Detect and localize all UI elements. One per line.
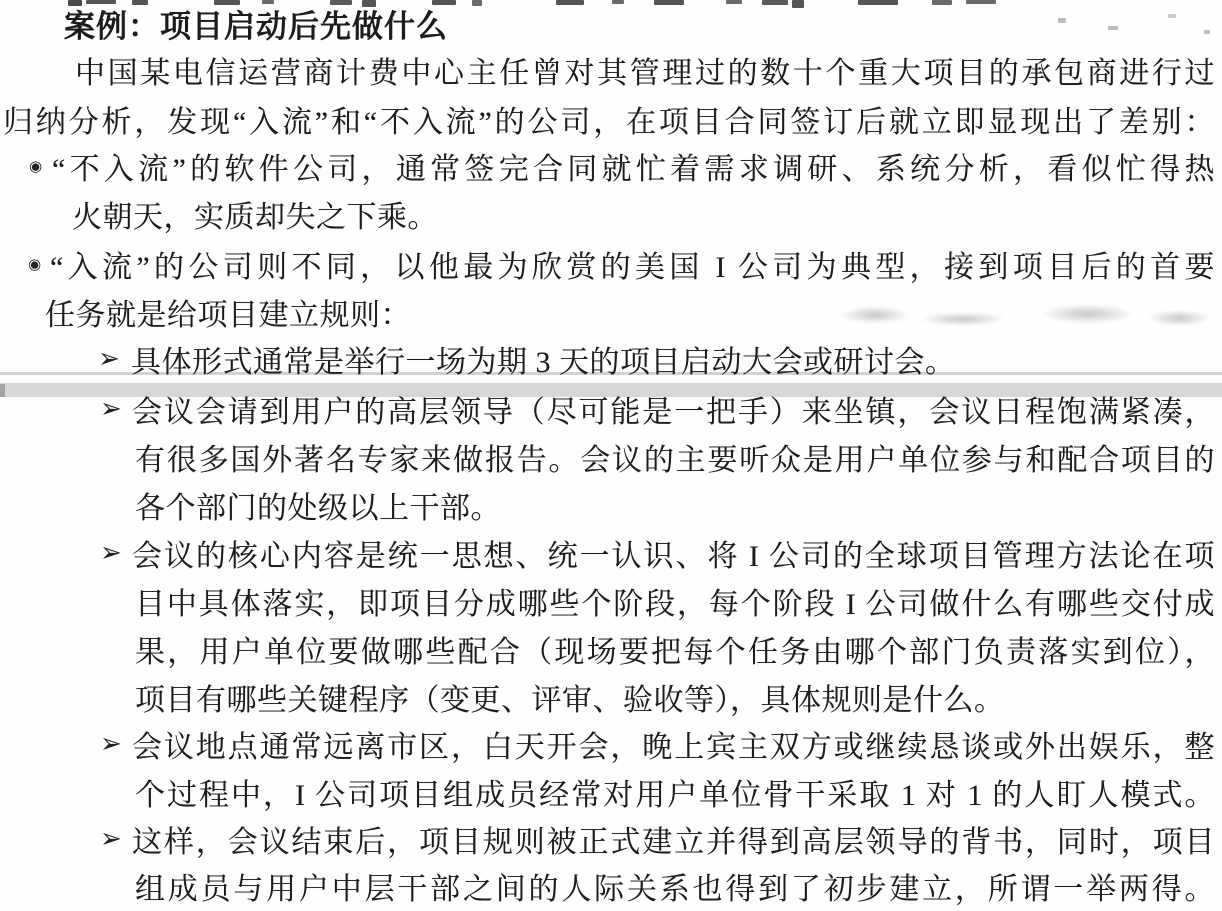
bullet-icon: ◉ [29, 160, 42, 175]
intro-line: 归纳分析，发现“入流”和“不入流”的公司，在项目合同签订后就立即显现出了差别： [3, 104, 1215, 142]
bullet-item-line: “不入流”的软件公司，通常签完合同就忙着需求调研、系统分析，看似忙得热 [52, 151, 1215, 189]
scan-artifact [68, 0, 82, 6]
scan-smudge [1148, 310, 1210, 326]
arrow-icon: ➢ [100, 539, 122, 566]
scan-artifact [262, 0, 274, 4]
page-title: 案例：项目启动后先做什么 [64, 8, 448, 46]
scan-artifact [472, 0, 482, 6]
scan-smudge [1040, 304, 1135, 324]
arrow-item-line: 会议会请到用户的高层领导（尽可能是一把手）来坐镇，会议日程饱满紧凑， [132, 394, 1215, 432]
scan-artifact [86, 0, 116, 4]
arrow-item-line: 具体形式通常是举行一场为期 3 天的项目启动大会或研讨会。 [131, 344, 956, 382]
scan-artifact [792, 0, 804, 8]
arrow-item-line: 有很多国外著名专家来做报告。会议的主要听众是用户单位参与和配合项目的 [135, 442, 1215, 480]
arrow-item-line: 会议地点通常远离市区，白天开会，晚上宾主双方或继续恳谈或外出娱乐，整 [132, 729, 1215, 767]
arrow-item-line: 各个部门的处级以上干部。 [135, 490, 501, 528]
scan-band-edge [0, 384, 5, 397]
arrow-item-line: 果，用户单位要做哪些配合（现场要把每个任务由哪个部门负责落实到位）， [135, 634, 1215, 672]
scanned-document-page: 案例：项目启动后先做什么 中国某电信运营商计费中心主任曾对其管理过的数十个重大项… [0, 0, 1222, 911]
scan-artifact [726, 0, 742, 4]
bullet-item-line: “入流”的公司则不同，以他最为欣赏的美国 I 公司为典型，接到项目后的首要 [50, 249, 1215, 287]
scan-artifact [214, 0, 240, 5]
arrow-icon: ➢ [100, 395, 122, 422]
scan-artifact [362, 0, 376, 7]
scan-artifact [556, 0, 584, 5]
scan-artifact [762, 0, 788, 5]
arrow-item-line: 这样，会议结束后，项目规则被正式建立并得到高层领导的背书，同时，项目 [132, 824, 1215, 862]
scan-artifact [966, 0, 996, 4]
arrow-icon: ➢ [100, 730, 122, 757]
arrow-item-line: 会议的核心内容是统一思想、统一认识、将 I 公司的全球项目管理方法论在项 [132, 538, 1215, 576]
scan-artifact [330, 0, 352, 5]
scan-artifact [858, 0, 898, 5]
scan-artifact [612, 0, 624, 4]
scan-artifact [1058, 18, 1066, 23]
arrow-item-line: 项目有哪些关键程序（变更、评审、验收等），具体规则是什么。 [135, 682, 1005, 720]
arrow-item-line: 个过程中，I 公司项目组成员经常对用户单位骨干采取 1 对 1 的人盯人模式。 [135, 777, 1215, 815]
arrow-item-line: 目中具体落实，即项目分成哪些个阶段，每个阶段 I 公司做什么有哪些交付成 [135, 586, 1215, 624]
bullet-icon: ◉ [28, 258, 41, 273]
intro-line: 中国某电信运营商计费中心主任曾对其管理过的数十个重大项目的承包商进行过 [75, 55, 1215, 93]
scan-artifact [132, 0, 148, 5]
scan-artifact [1108, 26, 1118, 30]
scan-artifact [932, 0, 952, 5]
scan-smudge [920, 312, 1006, 326]
arrow-icon: ➢ [98, 345, 120, 372]
arrow-icon: ➢ [100, 825, 122, 852]
arrow-item-line: 组成员与用户中层干部之间的人际关系也得到了初步建立，所谓一举两得。 [135, 871, 1215, 909]
scan-artifact [654, 0, 684, 5]
bullet-item-line: 火朝天，实质却失之下乘。 [72, 199, 438, 237]
scan-artifact [432, 0, 456, 5]
bullet-item-line: 任务就是给项目建立规则： [45, 297, 411, 335]
scan-artifact [1168, 14, 1176, 18]
scan-artifact [1204, 30, 1210, 34]
scan-smudge [840, 306, 910, 324]
